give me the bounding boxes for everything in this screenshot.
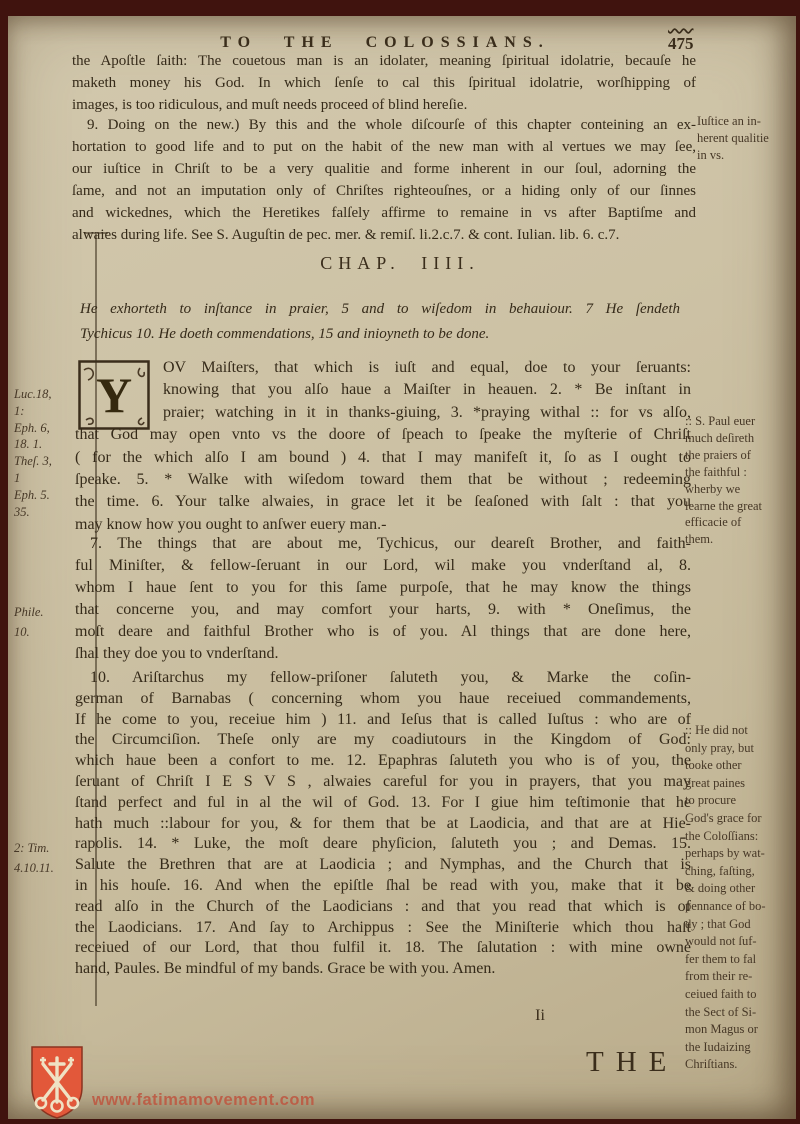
watermark-url: www.fatimamovement.com: [92, 1091, 315, 1110]
text-line: whom I haue ſent to you for this ſame pu…: [75, 577, 691, 599]
text-line: would not ſuf-: [685, 933, 797, 951]
text-line: the faithful :: [685, 464, 797, 481]
text-line: 10. Ariſtarchus my fellow-priſoner ſalut…: [75, 668, 691, 689]
text-line: Eph. 6,: [14, 420, 78, 437]
text-line: fer them to fal: [685, 951, 797, 969]
text-line: perhaps by wat-: [685, 845, 797, 863]
text-line: 7. The things that are about me, Tychicu…: [75, 533, 691, 555]
text-line: and wickednes, which the Heretikes falſe…: [72, 202, 696, 224]
margin-note-epaphras-paines: :: He did notonly pray, buttooke othergr…: [685, 722, 797, 1074]
text-line: moſt deare and faithful Brother who is o…: [75, 621, 691, 643]
text-line: which haue been a confort to me. 12. Epa…: [75, 751, 691, 772]
text-line: to procure: [685, 792, 797, 810]
text-line: ſtand perfect and ful in al the wil of G…: [75, 793, 691, 814]
text-line: ſpeake. 5. * Walke with wiſedom toward t…: [75, 469, 691, 491]
text-line: mon Magus or: [685, 1021, 797, 1039]
text-line: 9. Doing on the new.) By this and the wh…: [72, 114, 696, 136]
text-line: that God may open vnto vs the doore of ſ…: [75, 424, 691, 446]
text-line: :: He did not: [685, 722, 797, 740]
text-line: that concerne you, and may comfort your …: [75, 599, 691, 621]
text-line: 18. 1.: [14, 436, 78, 453]
margin-citation-2-tim: 2: Tim.4.10.11.: [14, 838, 78, 878]
text-line: the time. 6. Your talke alwaies, in grac…: [75, 491, 691, 513]
text-line: ſame, and not an imputation only of Chri…: [72, 180, 696, 202]
text-line: german of Barnabas ( concerning whom you…: [75, 689, 691, 710]
gathering-signature: Ii: [518, 1007, 562, 1025]
text-line: great paines: [685, 775, 797, 793]
text-line: hath much ::labour for you, & for them t…: [75, 814, 691, 835]
text-line: images, is too ridiculous, and muſt need…: [72, 94, 696, 116]
text-line: herent qualitie: [697, 130, 797, 147]
text-line: tooke other: [685, 757, 797, 775]
text-line: 4.10.11.: [14, 858, 78, 878]
text-line: in his houſe. 16. And when the epiſtle ſ…: [75, 876, 691, 897]
text-line: ſeruant of Chriſt I E S V S , alwaies ca…: [75, 772, 691, 793]
text-line: Phile.: [14, 602, 78, 622]
text-line: Chriſtians.: [685, 1056, 797, 1074]
text-line: pennance of bo-: [685, 898, 797, 916]
text-line: Salute the Brethren that are at Laodicia…: [75, 855, 691, 876]
text-line: knowing that you alſo haue a Maiſter in …: [163, 379, 691, 401]
text-line: If he come to you, receiue him ) 11. and…: [75, 710, 691, 731]
text-line: the Laodicians. 17. And ſay to Archippus…: [75, 918, 691, 939]
crossed-keys-shield-icon: [28, 1044, 86, 1120]
text-line: hand, Paules. Be mindful of my bands. Gr…: [75, 959, 691, 980]
text-line: our iuſtice in Chriſt to be a very quali…: [72, 158, 696, 180]
text-line: rapolis. 14. * Luke, the moſt deare phyſ…: [75, 834, 691, 855]
text-line: 10.: [14, 622, 78, 642]
text-line: the Coloſſians:: [685, 828, 797, 846]
text-line: the Circumciſion. Theſe only are my coad…: [75, 730, 691, 751]
text-line: from their re-: [685, 968, 797, 986]
text-line: Eph. 5.: [14, 487, 78, 504]
text-line: 2: Tim.: [14, 838, 78, 858]
body-paragraph-verses-7-9: 7. The things that are about me, Tychicu…: [75, 533, 691, 665]
text-line: maketh money his God. In which ſenſe to …: [72, 72, 696, 94]
text-line: praier; watching in it in thanks-giuing,…: [163, 402, 691, 424]
text-line: 35.: [14, 504, 78, 521]
text-line: receiued of our Lord, that thou fulfil i…: [75, 938, 691, 959]
body-paragraph-verses-1-6: OV Maiſters, that which is iuſt and equa…: [75, 357, 691, 536]
book-scan-photo: TO THE COLOSSIANS. 475 the Apoſtle ſaith…: [0, 0, 800, 1124]
text-line: 1:: [14, 403, 78, 420]
annotation-paragraph-2: 9. Doing on the new.) By this and the wh…: [72, 114, 696, 246]
text-line: :: S. Paul euer: [685, 413, 797, 430]
chapter-argument: He exhorteth to inſtance in praier, 5 an…: [80, 297, 680, 347]
text-line: in vs.: [697, 147, 797, 164]
margin-note-s-paul-praiers: :: S. Paul euermuch deſireththe praiers …: [685, 413, 797, 548]
text-line: the Apoſtle ſaith: The couetous man is a…: [72, 50, 696, 72]
body-paragraph-verses-10-18: 10. Ariſtarchus my fellow-priſoner ſalut…: [75, 668, 691, 980]
catchword: THE: [586, 1046, 678, 1079]
text-line: the praiers of: [685, 447, 797, 464]
text-line: ( for the which alſo I am bound ) 4. tha…: [75, 447, 691, 469]
text-line: ful Miniſter, & fellow-ſeruant in our Lo…: [75, 555, 691, 577]
text-line: only pray, but: [685, 740, 797, 758]
text-line: ching, faſting,: [685, 863, 797, 881]
margin-citation-luc-eph-thes: Luc.18,1:Eph. 6,18. 1.Theſ. 3,1Eph. 5.35…: [14, 386, 78, 520]
text-line: 1: [14, 470, 78, 487]
text-line: hortation to good life and to put on the…: [72, 136, 696, 158]
text-line: much deſireth: [685, 430, 797, 447]
text-line: OV Maiſters, that which is iuſt and equa…: [163, 357, 691, 379]
text-line: & doing other: [685, 880, 797, 898]
text-line: Theſ. 3,: [14, 453, 78, 470]
margin-note-iustice: Iuſtice an in-herent qualitiein vs.: [697, 113, 797, 164]
chapter-heading: CHAP. IIII.: [200, 253, 600, 274]
text-line: God's grace for: [685, 810, 797, 828]
margin-citation-philemon: Phile.10.: [14, 602, 78, 642]
text-line: dy ; that God: [685, 916, 797, 934]
text-line: alwaies during life. See S. Auguſtin de …: [72, 224, 696, 246]
text-line: them.: [685, 531, 797, 548]
text-line: learne the great: [685, 498, 797, 515]
text-line: the Iudaizing: [685, 1039, 797, 1057]
text-line: He exhorteth to inſtance in praier, 5 an…: [80, 297, 680, 322]
text-line: efficacie of: [685, 514, 797, 531]
text-line: Tychicus 10. He doeth commendations, 15 …: [80, 322, 680, 347]
text-line: wherby we: [685, 481, 797, 498]
text-line: Luc.18,: [14, 386, 78, 403]
annotation-paragraph-1: the Apoſtle ſaith: The couetous man is a…: [72, 50, 696, 116]
text-line: the Sect of Si-: [685, 1004, 797, 1022]
text-line: read alſo in the Church of the Laodician…: [75, 897, 691, 918]
text-line: ſhal they doe you to vnderſtand.: [75, 643, 691, 665]
text-line: Iuſtice an in-: [697, 113, 797, 130]
text-line: ceiued faith to: [685, 986, 797, 1004]
